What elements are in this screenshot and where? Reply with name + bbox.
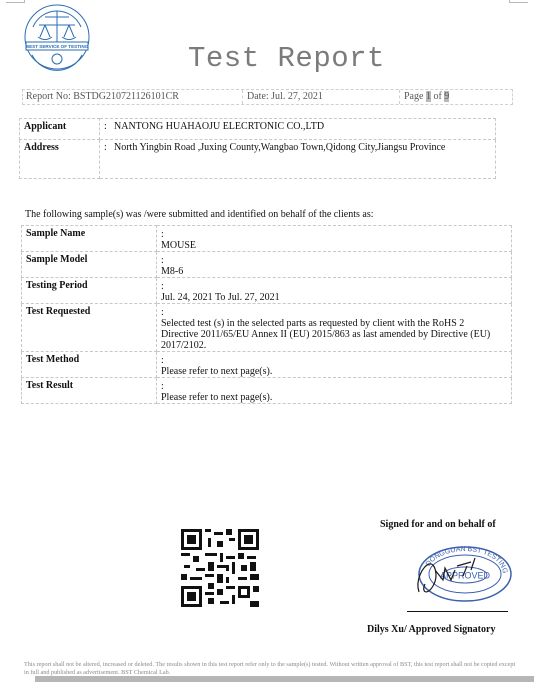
total-pages-field[interactable]: 9 <box>444 91 449 102</box>
test-requested-label: Test Requested <box>22 304 157 352</box>
test-result-label: Test Result <box>22 378 157 404</box>
signature-line <box>407 611 508 612</box>
qr-code-icon <box>181 529 259 607</box>
report-number: Report No: BSTDG210721126101CR <box>26 90 179 104</box>
applicant-value: :NANTONG HUAHAOJU ELECRTONIC CO.,LTD <box>100 119 496 140</box>
page-corner-marker <box>509 0 510 3</box>
table-row: Address :North Yingbin Road ,Juxing Coun… <box>20 140 496 179</box>
table-row: Test Requested :Selected test (s) in the… <box>22 304 512 352</box>
table-row: Sample Name :MOUSE <box>22 226 512 252</box>
bst-logo-icon: BEST SERVICE OF TESTING <box>23 3 91 71</box>
test-requested-value: :Selected test (s) in the selected parts… <box>157 304 512 352</box>
report-date: Date: Jul. 27, 2021 <box>247 90 323 104</box>
sample-name-label: Sample Name <box>22 226 157 252</box>
table-row: Sample Model :M8-6 <box>22 252 512 278</box>
table-row: Test Method :Please refer to next page(s… <box>22 352 512 378</box>
signed-for-label: Signed for and on behalf of <box>380 519 496 530</box>
report-info-bar: Report No: BSTDG210721126101CR Date: Jul… <box>22 89 513 105</box>
page-title: Test Report <box>188 42 385 75</box>
test-method-value: :Please refer to next page(s). <box>157 352 512 378</box>
page-indicator: Page 1 of 9 <box>404 90 449 104</box>
test-result-value: :Please refer to next page(s). <box>157 378 512 404</box>
svg-text:BEST SERVICE OF TESTING: BEST SERVICE OF TESTING <box>26 44 89 49</box>
applicant-label: Applicant <box>20 119 100 140</box>
testing-period-label: Testing Period <box>22 278 157 304</box>
sample-table: Sample Name :MOUSE Sample Model :M8-6 Te… <box>21 225 512 404</box>
testing-period-value: :Jul. 24, 2021 To Jul. 27, 2021 <box>157 278 512 304</box>
page-corner-marker <box>510 2 528 3</box>
address-value: :North Yingbin Road ,Juxing County,Wangb… <box>100 140 496 179</box>
sample-model-label: Sample Model <box>22 252 157 278</box>
test-method-label: Test Method <box>22 352 157 378</box>
sample-model-value: :M8-6 <box>157 252 512 278</box>
applicant-table: Applicant :NANTONG HUAHAOJU ELECRTONIC C… <box>19 118 496 179</box>
sample-name-value: :MOUSE <box>157 226 512 252</box>
footer-disclaimer: This report shall not be altered, increa… <box>24 661 518 677</box>
approved-stamp-icon: DONGGUAN BST TESTING CO.,LTD APPROVED <box>405 540 515 606</box>
intro-text: The following sample(s) was /were submit… <box>25 209 374 220</box>
table-row: Test Result :Please refer to next page(s… <box>22 378 512 404</box>
address-label: Address <box>20 140 100 179</box>
page-corner-marker <box>6 2 24 3</box>
signatory-name: Dilys Xu/ Approved Signatory <box>367 624 495 635</box>
table-row: Applicant :NANTONG HUAHAOJU ELECRTONIC C… <box>20 119 496 140</box>
current-page-field[interactable]: 1 <box>426 91 431 102</box>
footer-bar <box>35 676 534 682</box>
table-row: Testing Period :Jul. 24, 2021 To Jul. 27… <box>22 278 512 304</box>
